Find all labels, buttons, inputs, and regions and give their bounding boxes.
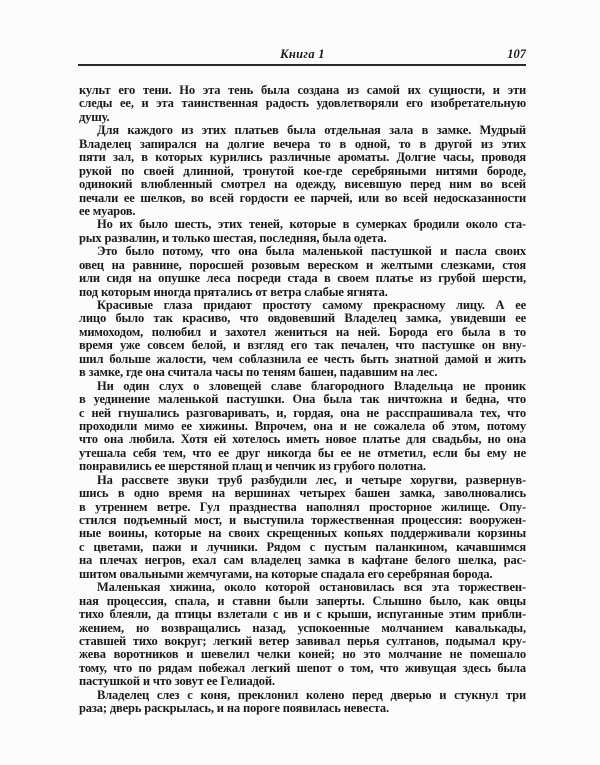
text-line: или сидя на опушке леса посреди стада в … [79, 272, 526, 285]
text-line: тому, что по рядам побежал легкий шепот … [79, 662, 526, 675]
text-line: Это было потому, что она была маленькой … [79, 245, 526, 258]
text-line: ее муаров. [79, 205, 526, 218]
text-line: печали ее шелков, во всей гордости ее па… [79, 192, 526, 205]
text-line: ставшей тихо вокруг; легкий ветер завива… [79, 635, 526, 648]
text-line: с ней гнушались разговаривать, и, гордая… [79, 407, 526, 420]
paragraph: Ни один слух о зловещей славе благородно… [79, 380, 526, 474]
text-line: Владелец запирался на долгие вечера то в… [79, 138, 526, 151]
text-line: Владелец слез с коня, преклонил колено п… [79, 689, 526, 702]
text-line: проходили мимо ее хижины. Впрочем, она и… [79, 420, 526, 433]
paragraph: На рассвете звуки труб разбудили лес, и … [79, 474, 526, 582]
text-line: в утреннем ветре. Гул празднества наполн… [79, 501, 526, 514]
text-line: стился подъемный мост, и выступила торже… [79, 514, 526, 527]
text-line: утешала себя тем, что ее друг никогда бы… [79, 447, 526, 460]
running-title: Книга 1 [79, 47, 526, 62]
body-text: культ его тени. Но эта тень была создана… [79, 84, 526, 716]
text-line: следы ее, и эта таинственная радость удо… [79, 97, 526, 110]
text-line: пастушкой и что зовут ее Гелиадой. [79, 675, 526, 688]
paragraph: Владелец слез с коня, преклонил колено п… [79, 689, 526, 716]
page-number: 107 [507, 47, 526, 62]
paragraph: Для каждого из этих платьев была отдельн… [79, 124, 526, 218]
text-line: ные воины, которые на своих скрещенных к… [79, 527, 526, 540]
text-line: Красивые глаза придают простоту самому п… [79, 299, 526, 312]
text-line: на плечах негров, ехал сам владелец замк… [79, 554, 526, 567]
paragraph: Это было потому, что она была маленькой … [79, 245, 526, 299]
text-line: в уединение маленькой пастушки. Она была… [79, 393, 526, 406]
paragraph: Маленькая хижина, около которой останови… [79, 581, 526, 689]
text-line: лицо было так красиво, что овдовевший Вл… [79, 312, 526, 325]
text-line: понравились ее шерстяной плащ и чепчик и… [79, 460, 526, 473]
text-line: На рассвете звуки труб разбудили лес, и … [79, 474, 526, 487]
text-line: культ его тени. Но эта тень была создана… [79, 84, 526, 97]
book-page: Книга 1 107 культ его тени. Но эта тень … [0, 0, 600, 765]
text-line: жением, но возвращались назад, успокоенн… [79, 622, 526, 635]
text-line: с цветами, пажи и лучники. Рядом с пусты… [79, 541, 526, 554]
paragraph: культ его тени. Но эта тень была создана… [79, 84, 526, 124]
text-line: Но их было шесть, этих теней, которые в … [79, 218, 526, 231]
text-line: под которым иногда прятались от ветра сл… [79, 286, 526, 299]
text-line: Ни один слух о зловещей славе благородно… [79, 380, 526, 393]
text-line: одинокий влюбленный смотрел на одежду, в… [79, 178, 526, 191]
text-line: мимоходом, полюбил и захотел жениться на… [79, 326, 526, 339]
text-line: Для каждого из этих платьев была отдельн… [79, 124, 526, 137]
text-line: раза; дверь раскрылась, и на пороге появ… [79, 702, 526, 715]
text-line: ная процессия, спала, и ставни были запе… [79, 595, 526, 608]
text-line: в замке, где она считала часы по теням б… [79, 366, 526, 379]
header-rule [78, 64, 526, 66]
text-line: что она любила. Хотя ей хотелось иметь н… [79, 433, 526, 446]
paragraph: Красивые глаза придают простоту самому п… [79, 299, 526, 380]
text-line: душу. [79, 111, 526, 124]
text-line: время уже совсем белой, и взгляд его так… [79, 339, 526, 352]
page-header: Книга 1 107 [79, 47, 526, 63]
text-line: Маленькая хижина, около которой останови… [79, 581, 526, 594]
text-line: рых развалин, и только шестая, последняя… [79, 232, 526, 245]
paragraph: Но их было шесть, этих теней, которые в … [79, 218, 526, 245]
text-line: шитом овальными жемчугами, на которые сп… [79, 568, 526, 581]
text-line: пяти зал, в которых курились различные а… [79, 151, 526, 164]
text-line: шил больше жалости, чем соблазнила ее че… [79, 353, 526, 366]
text-line: шись в одно время на вершинах четырех ба… [79, 487, 526, 500]
text-line: овец на равнине, поросшей розовым вереск… [79, 259, 526, 272]
text-line: тихо блеяли, да птицы взлетали с ив и с … [79, 608, 526, 621]
text-line: рукой по своей длинной, тронутой кое-где… [79, 165, 526, 178]
text-line: жева воротников и шевелил челки коней; н… [79, 648, 526, 661]
